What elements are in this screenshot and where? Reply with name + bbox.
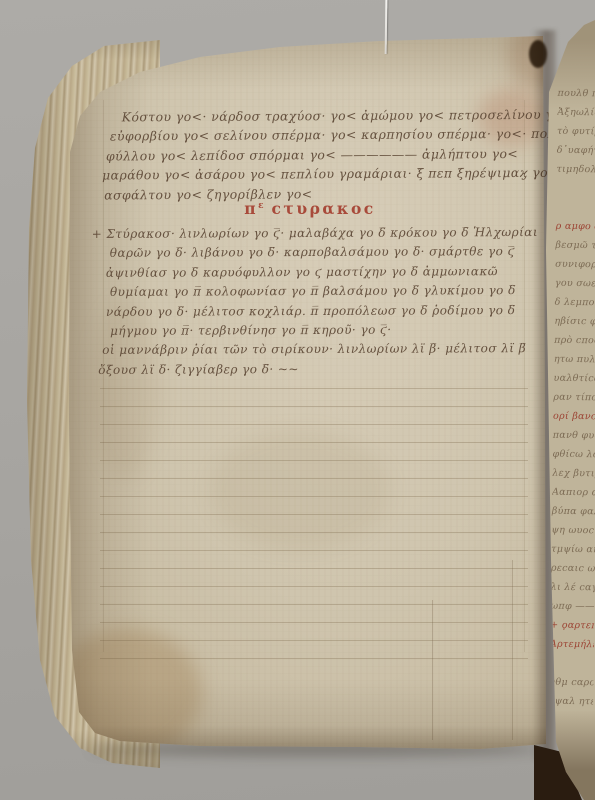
facing-page-line: δ λεμπονψ <box>554 297 595 317</box>
manuscript-photo: Κόστου γο<· νάρδοσ τραχύοσ· γο< ἀμώμου γ… <box>0 0 595 800</box>
manuscript-line: οἱ μαννάβριν ῥίαι τῶν τὸ σιρίκουν· λινλω… <box>102 341 538 362</box>
facing-page-line <box>556 202 595 222</box>
facing-page-line: ητω πυλλο <box>554 354 595 374</box>
facing-page-line: γου σωεϲτ <box>555 278 595 298</box>
manuscript-line: θαρῶν γο δ̅· λιβάνου γο δ̅· καρποβαλσάμο… <box>110 244 538 265</box>
facing-page-line: + ϙαρτεπ <box>550 620 594 640</box>
facing-page-line: τιμηδολθει <box>556 164 595 184</box>
facing-page-line: ορί βανϲ <box>553 411 595 431</box>
facing-page-line <box>549 658 593 678</box>
gutter-dark-notch <box>529 40 547 68</box>
manuscript-line: θυμίαμαι γο π̅ κολοφωνίασ γο π̅ βαλσάμου… <box>110 283 538 304</box>
facing-page-line: τὸ φυτίρλε <box>557 126 595 146</box>
facing-page-line: νθμ ϲαρο <box>549 677 593 697</box>
facing-page-line: λεχ βυτιρλ <box>552 468 595 488</box>
facing-page-line: ωπφ —— <box>550 601 594 621</box>
manuscript-line: μήγμου γο π̅· τερβινθίνησ γο π̅ κηροῦ· γ… <box>110 322 538 343</box>
facing-page-line: συνιφορ ορ <box>555 259 595 279</box>
section-heading-rubric: πε ϲτυρακοϲ <box>100 199 520 218</box>
facing-page-line: βύπα φαλι <box>552 506 595 526</box>
facing-page-line: τμψίω αη <box>551 544 595 564</box>
manuscript-line: νάρδου γο δ̅· μέλιτοσ κοχλιάρ. π̅ προπόλ… <box>106 303 538 324</box>
facing-page-line: πρὸ ϲποου <box>554 335 595 355</box>
rubric-initial: π <box>244 199 258 218</box>
facing-page-line: πανθ φυϲ <box>553 430 595 450</box>
facing-page-line <box>556 183 595 203</box>
facing-page-line: πουλθ πεϲδο <box>557 88 595 108</box>
facing-page-text-column: πουλθ πεϲδοἈξηωλίον τετὸ φυτίρλεδ᾽υαφήτζ… <box>548 88 595 754</box>
facing-page-line: υαλθτίϲω <box>553 373 595 393</box>
facing-page-line: Ἀρτεμήλεϲ <box>550 639 594 659</box>
facing-page-line: λι λέ ϲαγο <box>550 582 594 602</box>
facing-page-line: ϲψαλ ητε <box>549 696 593 716</box>
facing-page-line: ηβίσιϲ φα <box>554 316 595 336</box>
facing-page-line: ραν τίποτ <box>553 392 595 412</box>
facing-page-line: ψη ωυοϲ β <box>551 525 595 545</box>
facing-page-line: ρεϲαιϲ ωμ <box>551 563 595 583</box>
facing-page-line: Ἀξηωλίον τε <box>557 107 595 127</box>
recipe-text-block: + Στύρακοσ· λινλωρίων γο ϛ̅· μαλαβάχα γο… <box>92 225 539 382</box>
manuscript-line: ἀψινθίασ γο δ̅ καρυόφυλλον γο ϛ μαστίχην… <box>106 264 538 285</box>
facing-page-line: ρ αμφο δϲπ <box>556 221 595 241</box>
top-text-block: Κόστου γο<· νάρδοσ τραχύοσ· γο< ἀμώμου γ… <box>106 106 595 206</box>
manuscript-line: + Στύρακοσ· λινλωρίων γο ϛ̅· μαλαβάχα γο… <box>92 225 538 246</box>
facing-page-line: βεσμῶ τορε <box>555 240 595 260</box>
manuscript-line: ὄξουσ λϊ δ̅· ζιγγίαβερ γο δ̅· ~~ <box>98 361 538 382</box>
facing-page-line: δ᾽υαφήτζε <box>557 145 595 165</box>
rubric-title: ϲτυρακοϲ <box>264 199 376 218</box>
facing-page-line: Ααπιορ αϲ <box>552 487 595 507</box>
facing-page-line: φθίϲω λοι <box>552 449 595 469</box>
